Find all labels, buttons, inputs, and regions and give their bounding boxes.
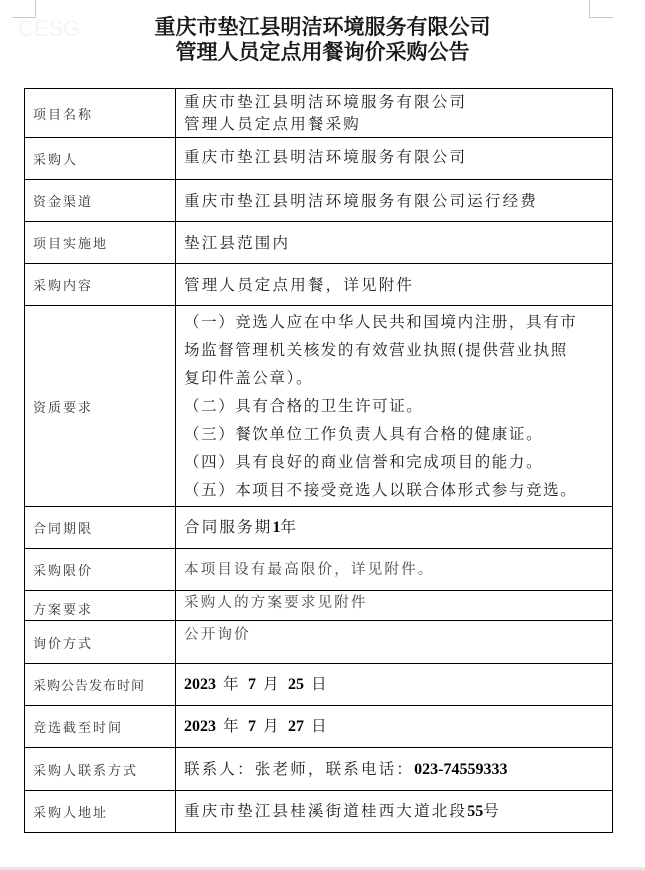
row-value: 重庆市垫江县明洁环境服务有限公司 管理人员定点用餐采购 — [176, 89, 613, 138]
row-label: 竞选截至时间 — [25, 706, 176, 748]
row-label: 方案要求 — [25, 591, 176, 621]
table-row-purchaser: 采购人 重庆市垫江县明洁环境服务有限公司 — [25, 138, 613, 180]
row-value: 重庆市垫江县明洁环境服务有限公司 — [176, 138, 613, 180]
row-value: 重庆市垫江县明洁环境服务有限公司运行经费 — [176, 180, 613, 222]
table-row-price-limit: 采购限价 本项目设有最高限价，详见附件。 — [25, 549, 613, 591]
row-label: 资金渠道 — [25, 180, 176, 222]
table-row-funding: 资金渠道 重庆市垫江县明洁环境服务有限公司运行经费 — [25, 180, 613, 222]
row-label: 采购内容 — [25, 264, 176, 306]
table-row-contract-term: 合同期限 合同服务期1年 — [25, 507, 613, 549]
row-label: 合同期限 — [25, 507, 176, 549]
row-value: 本项目设有最高限价，详见附件。 — [176, 549, 613, 591]
row-value: 2023 年 7 月 27 日 — [176, 706, 613, 748]
row-label: 询价方式 — [25, 621, 176, 664]
row-value: （一）竞选人应在中华人民共和国境内注册，具有市 场监督管理机关核发的有效营业执照… — [176, 306, 613, 507]
row-label: 采购公告发布时间 — [25, 664, 176, 706]
row-label: 项目名称 — [25, 89, 176, 138]
row-label: 采购限价 — [25, 549, 176, 591]
title-line-1: 重庆市垫江县明洁环境服务有限公司 — [0, 15, 645, 40]
row-value: 公开询价 — [176, 621, 613, 664]
table-row-plan-requirements: 方案要求 采购人的方案要求见附件 — [25, 591, 613, 621]
row-label: 项目实施地 — [25, 222, 176, 264]
table-row-project-name: 项目名称 重庆市垫江县明洁环境服务有限公司 管理人员定点用餐采购 — [25, 89, 613, 138]
row-value: 联系人：张老师，联系电话：023-74559333 — [176, 748, 613, 791]
row-label: 采购人 — [25, 138, 176, 180]
table-row-inquiry-method: 询价方式 公开询价 — [25, 621, 613, 664]
row-value: 采购人的方案要求见附件 — [176, 591, 613, 621]
table-row-publish-date: 采购公告发布时间 2023 年 7 月 25 日 — [25, 664, 613, 706]
row-value: 管理人员定点用餐，详见附件 — [176, 264, 613, 306]
row-label: 资质要求 — [25, 306, 176, 507]
row-label: 采购人地址 — [25, 791, 176, 833]
document-title: 重庆市垫江县明洁环境服务有限公司 管理人员定点用餐询价采购公告 — [0, 15, 645, 65]
table-row-location: 项目实施地 垫江县范围内 — [25, 222, 613, 264]
row-value: 合同服务期1年 — [176, 507, 613, 549]
table-row-contact: 采购人联系方式 联系人：张老师，联系电话：023-74559333 — [25, 748, 613, 791]
row-value: 重庆市垫江县桂溪街道桂西大道北段55号 — [176, 791, 613, 833]
row-label: 采购人联系方式 — [25, 748, 176, 791]
info-table: 项目名称 重庆市垫江县明洁环境服务有限公司 管理人员定点用餐采购 采购人 重庆市… — [24, 88, 613, 833]
table-row-content: 采购内容 管理人员定点用餐，详见附件 — [25, 264, 613, 306]
table-row-deadline: 竞选截至时间 2023 年 7 月 27 日 — [25, 706, 613, 748]
table-row-qualifications: 资质要求 （一）竞选人应在中华人民共和国境内注册，具有市 场监督管理机关核发的有… — [25, 306, 613, 507]
table-row-address: 采购人地址 重庆市垫江县桂溪街道桂西大道北段55号 — [25, 791, 613, 833]
title-line-2: 管理人员定点用餐询价采购公告 — [0, 40, 645, 65]
row-value: 垫江县范围内 — [176, 222, 613, 264]
row-value: 2023 年 7 月 25 日 — [176, 664, 613, 706]
